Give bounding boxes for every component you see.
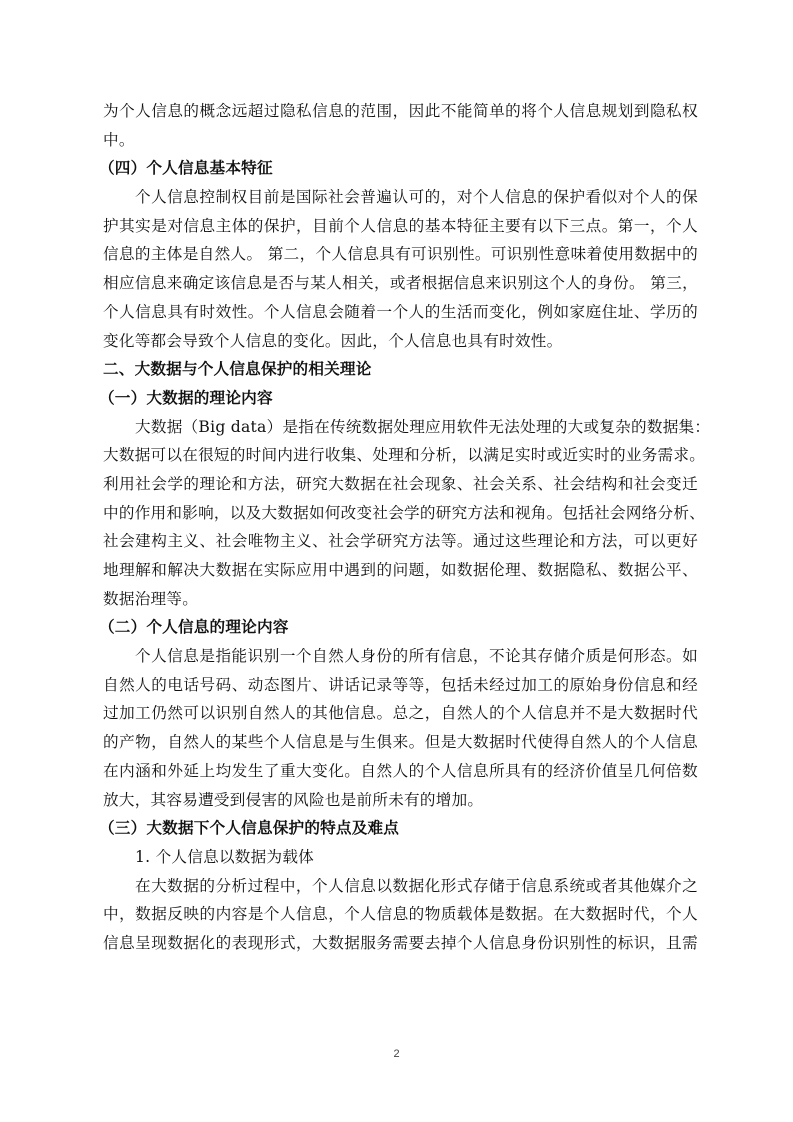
section-heading: 二、大数据与个人信息保护的相关理论 [103,355,698,384]
section-subheading: （三）大数据下个人信息保护的特点及难点 [99,814,698,843]
paragraph-line: 中的作用和影响，以及大数据如何改变社会学的研究方法和视角。包括社会网络分析、 [103,499,698,528]
document-page: 为个人信息的概念远超过隐私信息的范围，因此不能简单的将个人信息规划到隐私权 中。… [103,97,698,958]
page-number: 2 [0,1048,793,1060]
paragraph-line: 社会建构主义、社会唯物主义、社会学研究方法等。通过这些理论和方法，可以更好 [103,527,698,556]
paragraph-line: 为个人信息的概念远超过隐私信息的范围，因此不能简单的将个人信息规划到隐私权 [103,97,698,126]
paragraph-line: 大数据（Big data）是指在传统数据处理应用软件无法处理的大或复杂的数据集： [103,413,698,442]
paragraph-line: 在内涵和外延上均发生了重大变化。自然人的个人信息所具有的经济价值呈几何倍数 [103,757,698,786]
paragraph-line: 大数据可以在很短的时间内进行收集、处理和分析，以满足实时或近实时的业务需求。 [103,441,698,470]
paragraph-line: 地理解和解决大数据在实际应用中遇到的问题，如数据伦理、数据隐私、数据公平、 [103,556,698,585]
section-subheading: （一）大数据的理论内容 [99,384,698,413]
paragraph-line: 在大数据的分析过程中，个人信息以数据化形式存储于信息系统或者其他媒介之 [103,872,698,901]
paragraph-line: 相应信息来确定该信息是否与某人相关，或者根据信息来识别这个人的身份。 第三， [103,269,698,298]
paragraph-line: 个人信息控制权目前是国际社会普遍认可的，对个人信息的保护看似对个人的保 [103,183,698,212]
paragraph-line: 放大，其容易遭受到侵害的风险也是前所未有的增加。 [103,786,698,815]
paragraph-line: 信息的主体是自然人。 第二，个人信息具有可识别性。可识别性意味着使用数据中的 [103,240,698,269]
paragraph-line: 自然人的电话号码、动态图片、讲话记录等等，包括未经过加工的原始身份信息和经 [103,671,698,700]
paragraph-line: 个人信息是指能识别一个自然人身份的所有信息，不论其存储介质是何形态。如 [103,642,698,671]
paragraph-line: 信息呈现数据化的表现形式，大数据服务需要去掉个人信息身份识别性的标识，且需 [103,929,698,958]
paragraph-line: 中。 [103,126,698,155]
paragraph-line: 护其实是对信息主体的保护，目前个人信息的基本特征主要有以下三点。第一，个人 [103,212,698,241]
paragraph-line: 中，数据反映的内容是个人信息，个人信息的物质载体是数据。在大数据时代，个人 [103,900,698,929]
section-subheading: （二）个人信息的理论内容 [99,613,698,642]
paragraph-line: 数据治理等。 [103,585,698,614]
paragraph-line: 过加工仍然可以识别自然人的其他信息。总之，自然人的个人信息并不是大数据时代 [103,699,698,728]
paragraph-line: 变化等都会导致个人信息的变化。因此，个人信息也具有时效性。 [103,327,698,356]
paragraph-line: 的产物，自然人的某些个人信息是与生俱来。但是大数据时代使得自然人的个人信息 [103,728,698,757]
section-subheading: （四）个人信息基本特征 [99,154,698,183]
paragraph-line: 利用社会学的理论和方法，研究大数据在社会现象、社会关系、社会结构和社会变迁 [103,470,698,499]
paragraph-line: 个人信息具有时效性。个人信息会随着一个人的生活而变化，例如家庭住址、学历的 [103,298,698,327]
numbered-item-heading: 1. 个人信息以数据为载体 [103,843,698,872]
